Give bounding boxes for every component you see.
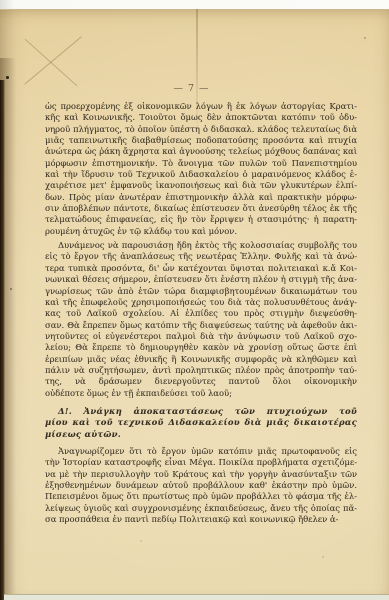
paragraph: Δυνάμενος νὰ παρουσιάσῃ ἤδη ἐκτὸς τῆς κο… — [45, 240, 357, 399]
paper-speck — [364, 37, 366, 39]
text-line: μιᾶς ταπεινωτικῆς διαβαθμίσεως ποδοπατού… — [45, 135, 357, 146]
text-line: τερα τυπικὰ προσόντα, δι' ὧν κατέχονται … — [45, 263, 357, 274]
paper-speck — [10, 288, 12, 290]
text-line: γνωρίσεως τῶν ἀπὸ ἐτῶν τώρα διαμφισβητου… — [45, 286, 357, 297]
text-line: καὶ τὴν ἵδρυσιν τοῦ Τεχνικοῦ Διδασκαλείο… — [45, 169, 357, 180]
text-line: νηροῦ πλήγματος, τὸ ὁποῖον ὑπέστη ὁ διδα… — [45, 124, 357, 135]
text-line: τελματώδους ἐπιφανείας, εἰς ἣν τὸν ἔρριψ… — [45, 214, 357, 225]
text-line: λείου; Θὰ ἔπρεπε τὸ δημιουργηθὲν κακὸν ν… — [45, 342, 357, 353]
text-line: τὴν Ἱστορίαν καταστροφῆς εἶναι Μέγα. Ποι… — [45, 457, 357, 468]
section-heading: Δ!. Ἀνάγκη ἀποκαταστάσεως τῶν πτυχιούχων… — [45, 406, 357, 440]
page-number: — 7 — — [0, 83, 383, 94]
paper-speck — [322, 556, 324, 558]
text-line: δων. Πρὸς μίαν ἀνωτέραν ἐπιστημονικὴν ἀλ… — [45, 192, 357, 203]
paper-speck — [6, 76, 9, 79]
text-line: σαν. Θὰ ἔπρεπεν ὅμως κατόπιν τῆς διαψεύσ… — [45, 320, 357, 331]
text-line: μίσεως αὐτῶν. — [45, 429, 357, 440]
paragraph: ὡς προερχομένης ἐξ οἰκονομικῶν λόγων ἢ ἐ… — [45, 101, 357, 237]
text-line: ὡς προερχομένης ἐξ οἰκονομικῶν λόγων ἢ ἐ… — [45, 101, 357, 112]
text-line: μίου καὶ τοῦ τεχνικοῦ Διδασκαλείου διὰ μ… — [45, 417, 357, 428]
paper-speck — [140, 540, 142, 542]
text-line: να μὲ τὴν περισυλλογὴν τοῦ Κράτους καὶ τ… — [45, 469, 357, 480]
paragraph: Ἀναγνωρίζομεν ὅτι τὸ ἔργον ὑμῶν κατόπιν … — [45, 446, 357, 525]
book-gutter-edge — [0, 80, 5, 600]
text-line: ρουμένη ἀτυχῶς ἐν τῷ κλάδῳ του καὶ μόνον… — [45, 226, 357, 237]
text-line: Δ!. Ἀνάγκη ἀποκαταστάσεως τῶν πτυχιούχων… — [45, 406, 357, 417]
text-line: νωνικαὶ θέσεις σήμερον, ἐπίστευσεν ὅτι ἐ… — [45, 274, 357, 285]
text-line: χαιρέτισε μετ' ἐμφανοῦς ἱκανοποιήσεως κα… — [45, 180, 357, 191]
text-line: κας τοῦ Λαϊκοῦ σχολείου. Αἱ ἐλπίδες του … — [45, 308, 357, 319]
text-line: νητοῦντες οἱ εὐγενέστεροι παλμοὶ διὰ τὴν… — [45, 331, 357, 342]
text-line: ἐξησθενημένων δυνάμεων αὐτοῦ προβάλλουν … — [45, 480, 357, 491]
text-line: λείψεως ὑγιοῦς καὶ συγχρονισμένης ἐκπαιδ… — [45, 503, 357, 514]
scanned-book-page: — 7 — ὡς προερχομένης ἐξ οἰκονομικῶν λόγ… — [0, 0, 389, 600]
text-line: σα προσπάθεια ἐν παντὶ πεδίῳ Πολιτειακῷ … — [45, 514, 357, 525]
text-line: της, νὰ δράσωμεν διενεργοῦντες παντοῦ ὅλ… — [45, 376, 357, 387]
bottom-page-edge — [4, 594, 389, 600]
text-block: ὡς προερχομένης ἐξ οἰκονομικῶν λόγων ἢ ἐ… — [45, 101, 357, 525]
text-line: Ἀναγνωρίζομεν ὅτι τὸ ἔργον ὑμῶν κατόπιν … — [45, 446, 357, 457]
text-line: οὐδέποτε ὅμως ἐν τῇ ἐκπαιδεύσει τοῦ λαοῦ… — [45, 388, 357, 399]
text-line: καὶ τῆς ἐπωφελοῦς χρησιμοποιήσεώς του δι… — [45, 297, 357, 308]
text-line: κῆς καὶ Κοινωνικῆς. Τοιοῦτοι ὅμως δὲν ἀπ… — [45, 112, 357, 123]
text-line: ἐρειπίων μιᾶς νέας ἐθνικῆς ἢ Κοινωνικῆς … — [45, 354, 357, 365]
text-line: Δυνάμενος νὰ παρουσιάσῃ ἤδη ἐκτὸς τῆς κο… — [45, 240, 357, 251]
text-line: σιν ἀποβλέπων πάντοτε, δικαίως ἐπίστευσε… — [45, 203, 357, 214]
text-line: ἀνώτερα ὡς ῥάκη ἄχρηστα καὶ ἀγνοούσης τε… — [45, 146, 357, 157]
text-line: μόρφωσιν ἐπιστημονικήν. Τὸ ἄνοιγμα τῶν π… — [45, 158, 357, 169]
text-line: εἰς τὸ ἔργον τῆς ἀναπλάσεως τῆς νεωτέρας… — [45, 251, 357, 262]
text-line: πάλιν νὰ συζητήσωμεν, ἀντὶ προληπτικῶς π… — [45, 365, 357, 376]
text-line: Πεπεισμένοι ὅμως ὅτι πρωτίστως πρὸ ὑμῶν … — [45, 491, 357, 502]
